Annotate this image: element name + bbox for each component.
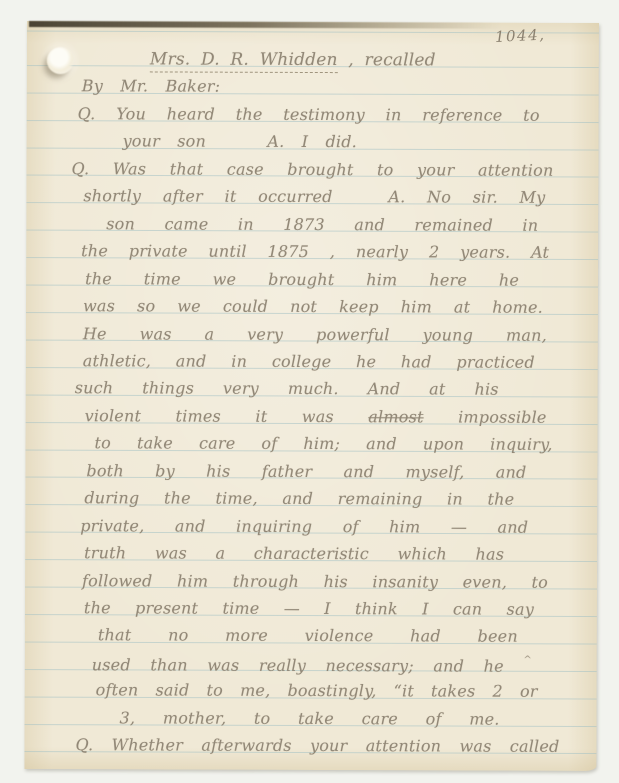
handwriting-text: such things very much. And at his <box>75 379 499 399</box>
handwriting-text: shortly after it occurred <box>83 186 332 206</box>
handwriting-text: the time we brought him here he <box>85 269 519 290</box>
handwriting-text: violent times it was <box>85 406 369 426</box>
handwriting-line: son came in 1873 and remained in <box>106 214 538 238</box>
paper-sheet: 1044, Mrs. D. R. Whidden , recalled By M… <box>24 21 599 771</box>
handwriting-line: the private until 1875 , nearly 2 years.… <box>81 241 549 265</box>
handwriting-line: often said to me, boastingly, “it takes … <box>96 681 538 705</box>
handwriting-line: Mrs. D. R. Whidden , recalled <box>123 49 463 72</box>
handwriting-line: Q. Was that case brought to your attenti… <box>71 159 553 183</box>
handwriting-line: the present time — I think I can say <box>84 598 534 622</box>
handwriting-text: the present time — I think I can say <box>84 598 534 619</box>
handwriting-line: shortly after it occurred A. No sir. My <box>83 186 545 210</box>
handwriting-text: to take care of him; and upon inquiry, <box>94 434 552 455</box>
handwriting-line: He was a very powerful young man, <box>83 324 547 348</box>
handwriting-line: 3, mother, to take care of me. <box>120 708 500 731</box>
handwriting-line: your son A. I did. <box>123 132 357 155</box>
handwriting-text: A. No sir. My <box>388 188 545 208</box>
handwriting-text: , recalled <box>348 50 436 70</box>
handwriting-line: athletic, and in college he had practice… <box>83 351 535 375</box>
handwriting-text: that no more violence had been <box>98 626 518 646</box>
handwriting-text: often said to me, boastingly, “it takes … <box>96 681 538 702</box>
handwriting-line: the time we brought him here he <box>85 269 519 293</box>
handwriting-text: Mrs. D. R. Whidden <box>150 49 338 73</box>
handwriting-line: to take care of him; and upon inquiry, <box>94 434 552 458</box>
paper-top-edge-shadow <box>29 21 521 29</box>
scan-background: 1044, Mrs. D. R. Whidden , recalled By M… <box>0 0 619 783</box>
handwriting-text: was so we could not keep him at home. <box>83 296 543 317</box>
handwriting-text: athletic, and in college he had practice… <box>83 351 535 372</box>
handwriting-text: almost <box>368 407 423 426</box>
handwriting-line: that no more violence had been <box>98 626 518 649</box>
handwriting-text: truth was a characteristic which has <box>84 543 504 563</box>
handwriting-text: your son <box>123 132 207 151</box>
handwriting-text: both by his father and myself, and <box>86 461 526 482</box>
handwriting-text: followed him through his insanity even, … <box>82 571 548 592</box>
page-number: 1044, <box>495 26 546 46</box>
handwriting-text: during the time, and remaining in the <box>84 488 514 509</box>
handwriting-line: truth was a characteristic which has <box>84 543 504 566</box>
handwriting-line: during the time, and remaining in the <box>84 488 514 512</box>
handwriting-text: By Mr. Baker: <box>82 77 221 96</box>
handwriting-text: Q. Whether afterwards your attention was… <box>75 735 559 756</box>
handwriting-text: 3, mother, to take care of me. <box>120 708 500 728</box>
handwriting-line: Q. You heard the testimony in reference … <box>78 104 540 128</box>
handwriting-line: violent times it was almost impossible <box>85 406 547 430</box>
handwriting-text: Q. You heard the testimony in reference … <box>78 104 540 125</box>
handwriting-line: both by his father and myself, and <box>86 461 526 485</box>
handwriting-text: the private until 1875 , nearly 2 years.… <box>81 241 549 262</box>
handwriting-line: used than was really necessary; and he ^ <box>92 653 532 677</box>
punch-hole <box>47 47 74 74</box>
handwriting-line: followed him through his insanity even, … <box>82 571 548 595</box>
handwriting-line: private, and inquiring of him — and <box>80 516 528 540</box>
handwriting-text: impossible <box>458 407 547 426</box>
handwriting-text: A. I did. <box>267 132 357 151</box>
handwriting-text: ^ <box>523 655 531 666</box>
handwriting-text: used than was really necessary; and he <box>92 655 504 675</box>
handwriting-line: By Mr. Baker: <box>82 77 221 99</box>
handwriting-line: Q. Whether afterwards your attention was… <box>75 735 559 759</box>
handwriting-text: son came in 1873 and remained in <box>106 214 538 235</box>
handwriting-text: private, and inquiring of him — and <box>80 516 528 537</box>
handwriting-text: Q. Was that case brought to your attenti… <box>71 159 553 180</box>
handwriting-line: such things very much. And at his <box>75 379 499 402</box>
handwriting-text: He was a very powerful young man, <box>83 324 547 345</box>
handwriting-line: was so we could not keep him at home. <box>83 296 543 320</box>
